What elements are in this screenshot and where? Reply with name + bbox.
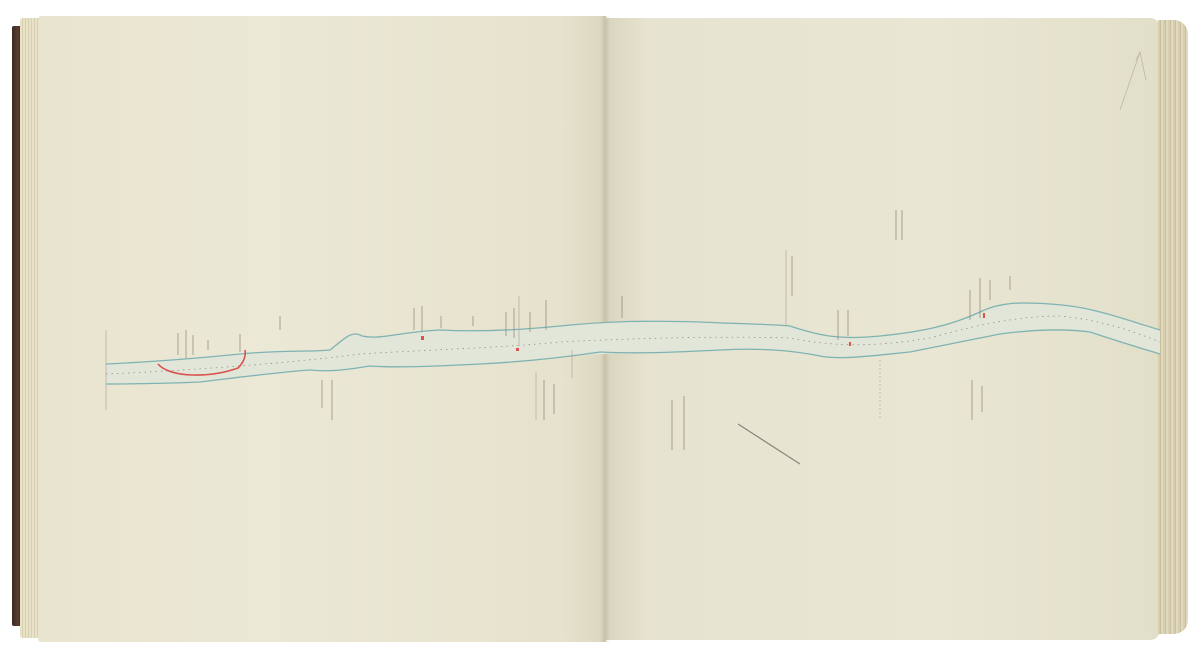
river-fill [106,303,1160,384]
river-survey-map [0,0,1200,654]
north-arrow-icon [1120,52,1146,110]
diagonal-scale-line [738,424,800,464]
